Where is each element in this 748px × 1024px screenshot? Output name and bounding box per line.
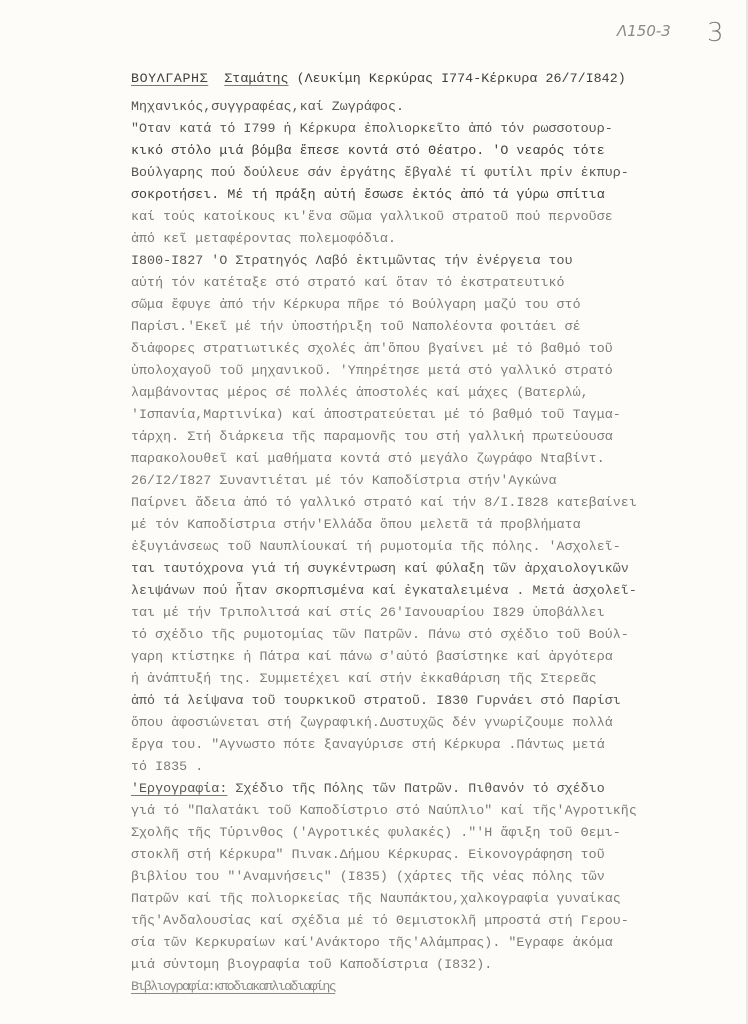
works-line: βιβλίου του "'Αναμνήσεις" (Ι835) (χάρτες… <box>131 866 711 888</box>
biography-line: ὅπου ἀφοσιώνεται στή ζωγραφική.Δυστυχῶς … <box>131 712 711 734</box>
works-line: Σχολῆς τῆς Τύρινθος ('Αγροτικές φυλακές)… <box>131 822 711 844</box>
works-line: μιά σύντομη βιογραφία τοῦ Καποδίστρια (Ι… <box>131 954 711 976</box>
works-line: τῆς'Ανδαλουσίας καί σχέδια μέ τό Θεμιστο… <box>131 910 711 932</box>
biography-line: λαμβάνοντας μέρος σέ πολλές ἀποστολές κα… <box>131 382 711 404</box>
works-heading: 'Εργογραφία: <box>131 781 227 796</box>
bibliography-heading-line: Βιβλιογραφία:κποδιακαπλιαδιαφίης <box>131 976 711 998</box>
biography-line: τό Ι835 . <box>131 756 711 778</box>
biography-line: 'Ισπανία,Μαρτινίκα) καί ἀποστρατεύεται μ… <box>131 404 711 426</box>
page-number: 3 <box>707 18 724 48</box>
biography-line: ὑπολοχαγοῦ τοῦ μηχανικοῦ. 'Υπηρέτησε μετ… <box>131 360 711 382</box>
biography-line: σῶμα ἔφυγε ἀπό τήν Κέρκυρα πῆρε τό Βούλγ… <box>131 294 711 316</box>
surname: ΒΟΥΛΓΑΡΗΣ <box>131 71 208 86</box>
biography-line: ἔργα του. "Αγνωστο πότε ξαναγύρισε στή Κ… <box>131 734 711 756</box>
biography-line: τό σχέδιο τῆς ρυμοτομίας τῶν Πατρῶν. Πάν… <box>131 624 711 646</box>
biography-line: διάφορες στρατιωτικές σχολές ἀπ'ὅπου βγα… <box>131 338 711 360</box>
entry-heading: ΒΟΥΛΓΑΡΗΣ Σταμάτης (Λευκίμη Κερκύρας Ι77… <box>131 68 711 90</box>
works-line: στοκλῆ στή Κέρκυρα" Πινακ.Δήμου Κέρκυρας… <box>131 844 711 866</box>
biography-line: ἐξυγιάνσεως τοῦ Ναυπλίουκαί τή ρυμοτομία… <box>131 536 711 558</box>
biography-line: καί τούς κατοίκους κι'ἕνα σῶμα γαλλικοῦ … <box>131 206 711 228</box>
document-body: ΒΟΥΛΓΑΡΗΣ Σταμάτης (Λευκίμη Κερκύρας Ι77… <box>131 68 711 998</box>
works-line: σία τῶν Κερκυραίων καί'Ανάκτορο τῆς'Αλάμ… <box>131 932 711 954</box>
biography-line: αὐτή τόν κατέταξε στό στρατό καί ὅταν τό… <box>131 272 711 294</box>
given-name: Σταμάτης <box>224 71 288 86</box>
archive-reference-mark: Λ150-3 <box>617 22 671 40</box>
biography-line: παρακολουθεῖ καί μαθήματα κοντά στό μεγά… <box>131 448 711 470</box>
works-first-line: 'Εργογραφία: Σχέδιο τῆς Πόλης τῶν Πατρῶν… <box>131 778 711 800</box>
biography-line: γαρη κτίστηκε ἡ Πάτρα καί πάνω σ'αὐτό βα… <box>131 646 711 668</box>
biography-line: μέ τόν Καποδίστρια στήν'Ελλάδα ὅπου μελε… <box>131 514 711 536</box>
typewritten-page: Λ150-3 3 ΒΟΥΛΓΑΡΗΣ Σταμάτης (Λευκίμη Κερ… <box>0 0 748 1024</box>
works-text: Σχέδιο τῆς Πόλης τῶν Πατρῶν. Πιθανόν τό … <box>227 781 604 796</box>
biography-line: ται μέ τήν Τριπολιτσά καί στίς 26'Ιανουα… <box>131 602 711 624</box>
works-line: Πατρῶν καί τῆς πολιορκείας τῆς Ναυπάκτου… <box>131 888 711 910</box>
biography-line: Βούλγαρης πού δούλευε σάν ἐργάτης ἔβγαλέ… <box>131 162 711 184</box>
works-line: γιά τό "Παλατάκι τοῦ Καποδίστριο στό Ναύ… <box>131 800 711 822</box>
occupation-line: Μηχανικός,συγγραφέας,καί Ζωγράφος. <box>131 96 711 118</box>
biography-line: Παρίσι.'Εκεῖ μέ τήν ὑποστήριξη τοῦ Ναπολ… <box>131 316 711 338</box>
biography-line: λειψάνων πού ἦταν σκορπισμένα καί ἐγκατα… <box>131 580 711 602</box>
biography-line: ἀπό κεῖ μεταφέροντας πολεμοφόδια. <box>131 228 711 250</box>
birth-death-dates: (Λευκίμη Κερκύρας Ι774-Κέρκυρα 26/7/Ι842… <box>297 71 626 86</box>
biography-line: 26/Ι2/Ι827 Συναντιέται μέ τόν Καποδίστρι… <box>131 470 711 492</box>
bibliography-heading-overtyped: Βιβλιογραφία:κποδιακαπλιαδιαφίης <box>131 979 335 994</box>
biography-line: τάρχη. Στή διάρκεια τῆς παραμονῆς του στ… <box>131 426 711 448</box>
biography-line: κικό στόλο μιά βόμβα ἔπεσε κοντά στό Θέα… <box>131 140 711 162</box>
biography-line: Ι800-Ι827 'Ο Στρατηγός Λαβό ἐκτιμῶντας τ… <box>131 250 711 272</box>
biography-line: Παίρνει ἄδεια ἀπό τό γαλλικό στρατό καί … <box>131 492 711 514</box>
biography-line: σοκροτήσει. Μέ τή πράξη αὐτή ἔσωσε ἐκτός… <box>131 184 711 206</box>
biography-line: ἀπό τά λείψανα τοῦ τουρκικοῦ στρατοῦ. Ι8… <box>131 690 711 712</box>
biography-line: "Οταν κατά τό Ι799 ἡ Κέρκυρα ἐπολιορκεῖτ… <box>131 118 711 140</box>
biography-line: ται ταυτόχρονα γιά τή συγκέντρωση καί φύ… <box>131 558 711 580</box>
biography-line: ἡ ἀνάπτυξή της. Συμμετέχει καί στήν ἐκκα… <box>131 668 711 690</box>
